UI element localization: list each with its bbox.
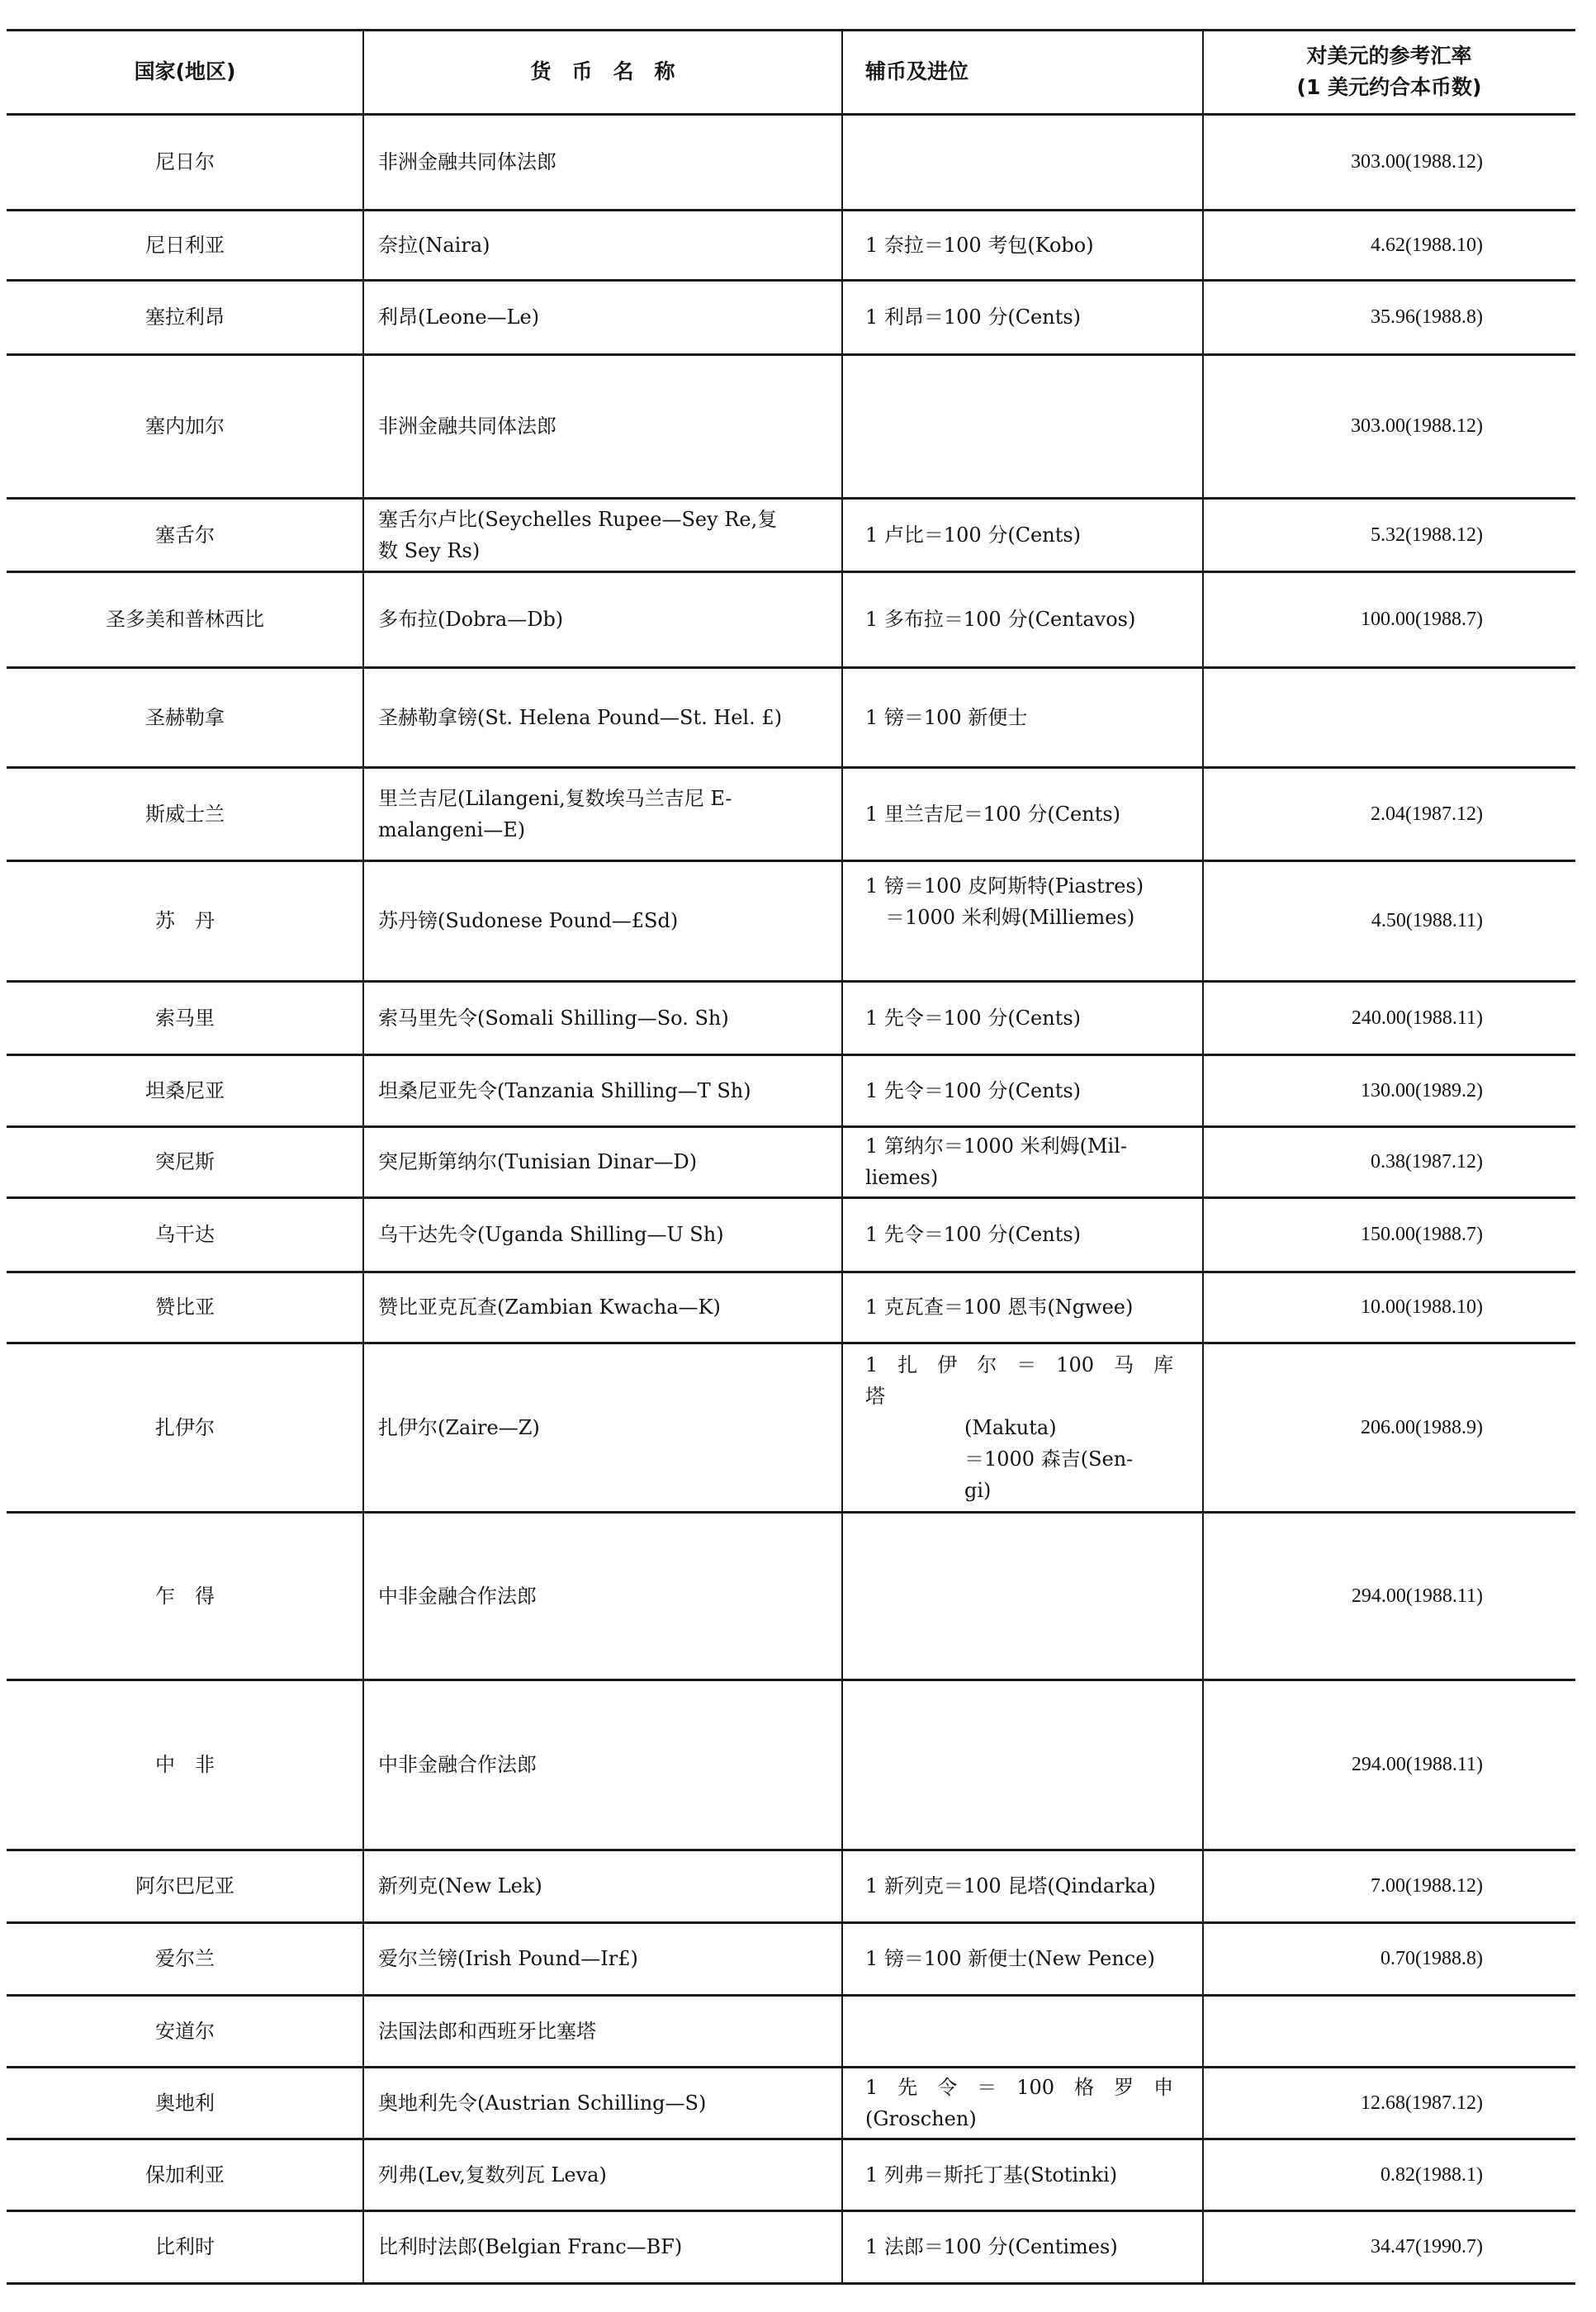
subdivision-cell: 1 镑＝100 新便士(New Pence) [842,1922,1203,1995]
country-cell: 奥地利 [7,2067,363,2139]
subdivision-cell-text: 1 奈拉＝100 考包(Kobo) [865,230,1094,261]
exchange-rate-cell-text: 0.38(1987.12) [1371,1146,1483,1177]
exchange-rate-cell: 294.00(1988.11) [1203,1512,1575,1680]
currency-name-cell: 奈拉(Naira) [363,210,842,280]
subdivision-cell: 1 里兰吉尼＝100 分(Cents) [842,767,1203,860]
subdivision-cell [842,1680,1203,1850]
currency-name-cell-text: 索马里先令(Somali Shilling—So. Sh) [378,1002,729,1034]
currency-name-cell: 比利时法郎(Belgian Franc—BF) [363,2210,842,2283]
exchange-rate-cell-text: 100.00(1988.7) [1361,604,1483,635]
country-cell-text: 圣多美和普林西比 [106,604,264,635]
exchange-rate-cell: 150.00(1988.7) [1203,1197,1575,1272]
exchange-rate-cell: 34.47(1990.7) [1203,2210,1575,2283]
header-currency-name-text: 货 币 名 称 [530,56,675,88]
subdivision-cell: 1 列弗＝斯托丁基(Stotinki) [842,2139,1203,2210]
subdivision-cell-text: 1 利昂＝100 分(Cents) [865,301,1081,333]
subdivision-cell: 1 先令＝100 分(Cents) [842,1054,1203,1126]
country-cell: 塞拉利昂 [7,280,363,354]
country-cell: 爱尔兰 [7,1922,363,1995]
country-cell-text: 中 非 [155,1749,215,1780]
subdivision-cell: 1 先令＝100 分(Cents) [842,981,1203,1054]
subdivision-cell-text: 1 先令＝100 分(Cents) [865,1219,1081,1250]
exchange-rate-cell: 10.00(1988.10) [1203,1272,1575,1343]
exchange-rate-cell: 294.00(1988.11) [1203,1680,1575,1850]
subdivision-cell: 1 扎 伊 尔 ＝ 100 马 库 塔 (Makuta) ＝1000 森吉(Se… [842,1343,1203,1512]
exchange-rate-cell [1203,667,1575,767]
subdivision-cell-text: 1 新列克＝100 昆塔(Qindarka) [865,1870,1156,1902]
currency-name-cell: 法国法郎和西班牙比塞塔 [363,1995,842,2067]
subdivision-cell: 1 先 令 ＝ 100 格 罗 申 (Groschen) [842,2067,1203,2139]
currency-name-cell-text: 非洲金融共同体法郎 [378,146,556,178]
country-cell-text: 乍 得 [155,1580,215,1612]
exchange-rate-cell-text: 303.00(1988.12) [1351,146,1483,178]
currency-name-cell-text: 奥地利先令(Austrian Schilling—S) [378,2087,706,2119]
exchange-rate-cell-text: 294.00(1988.11) [1352,1580,1483,1612]
header-country: 国家(地区) [7,30,363,114]
currency-name-cell: 索马里先令(Somali Shilling—So. Sh) [363,981,842,1054]
exchange-rate-cell: 0.38(1987.12) [1203,1126,1575,1197]
exchange-rate-cell: 35.96(1988.8) [1203,280,1575,354]
country-cell-text: 坦桑尼亚 [145,1075,225,1106]
subdivision-cell: 1 利昂＝100 分(Cents) [842,280,1203,354]
exchange-rate-cell-text: 150.00(1988.7) [1361,1219,1483,1250]
exchange-rate-cell: 5.32(1988.12) [1203,498,1575,571]
country-cell: 扎伊尔 [7,1343,363,1512]
country-cell: 塞内加尔 [7,354,363,498]
exchange-rate-cell: 0.70(1988.8) [1203,1922,1575,1995]
country-cell: 圣赫勒拿 [7,667,363,767]
currency-name-cell-text: 乌干达先令(Uganda Shilling—U Sh) [378,1219,724,1250]
country-cell: 保加利亚 [7,2139,363,2210]
exchange-rate-cell: 303.00(1988.12) [1203,114,1575,210]
exchange-rate-cell: 7.00(1988.12) [1203,1850,1575,1922]
currency-name-cell-text: 突尼斯第纳尔(Tunisian Dinar—D) [378,1146,697,1177]
subdivision-cell-text: 1 法郎＝100 分(Centimes) [865,2231,1118,2262]
subdivision-cell-text: 1 第纳尔＝1000 米利姆(Mil- liemes) [865,1130,1127,1193]
currency-name-cell-text: 列弗(Lev,复数列瓦 Leva) [378,2159,607,2191]
country-cell-text: 扎伊尔 [155,1412,215,1443]
currency-name-cell: 扎伊尔(Zaire—Z) [363,1343,842,1512]
currency-name-cell-text: 塞舌尔卢比(Seychelles Rupee—Sey Re,复 数 Sey Rs… [378,504,777,566]
currency-name-cell-text: 比利时法郎(Belgian Franc—BF) [378,2231,682,2262]
subdivision-cell [842,114,1203,210]
subdivision-cell-text: 1 先令＝100 分(Cents) [865,1002,1081,1034]
country-cell-text: 索马里 [155,1002,215,1034]
exchange-rate-cell-text: 10.00(1988.10) [1361,1291,1483,1323]
country-cell-text: 苏 丹 [155,905,215,936]
exchange-rate-cell-text: 240.00(1988.11) [1352,1002,1483,1034]
exchange-rate-cell: 303.00(1988.12) [1203,354,1575,498]
country-cell-text: 圣赫勒拿 [145,702,225,733]
subdivision-cell-text: 1 里兰吉尼＝100 分(Cents) [865,798,1120,830]
header-country-text: 国家(地区) [135,56,236,88]
country-cell-text: 爱尔兰 [155,1943,215,1974]
exchange-rate-cell-text: 12.68(1987.12) [1361,2087,1483,2119]
country-cell: 苏 丹 [7,860,363,981]
subdivision-cell: 1 卢比＝100 分(Cents) [842,498,1203,571]
currency-name-cell-text: 赞比亚克瓦查(Zambian Kwacha—K) [378,1291,721,1323]
country-cell-text: 赞比亚 [155,1291,215,1323]
currency-name-cell: 里兰吉尼(Lilangeni,复数埃马兰吉尼 E- malangeni—E) [363,767,842,860]
currency-name-cell: 奥地利先令(Austrian Schilling—S) [363,2067,842,2139]
country-cell: 比利时 [7,2210,363,2283]
country-cell-text: 塞内加尔 [145,410,225,442]
currency-name-cell-text: 里兰吉尼(Lilangeni,复数埃马兰吉尼 E- malangeni—E) [378,783,732,846]
subdivision-cell-text: 1 镑＝100 新便士 [865,702,1027,733]
country-cell-text: 阿尔巴尼亚 [135,1870,234,1902]
country-cell-text: 尼日利亚 [145,230,225,261]
subdivision-cell-text: 1 卢比＝100 分(Cents) [865,519,1081,551]
exchange-rate-cell: 4.50(1988.11) [1203,860,1575,981]
country-cell-text: 乌干达 [155,1219,215,1250]
subdivision-cell-text: 1 多布拉＝100 分(Centavos) [865,604,1135,635]
country-cell: 阿尔巴尼亚 [7,1850,363,1922]
subdivision-cell: 1 法郎＝100 分(Centimes) [842,2210,1203,2283]
currency-name-cell: 非洲金融共同体法郎 [363,354,842,498]
currency-table-page: 国家(地区)货 币 名 称辅币及进位对美元的参考汇率 (1 美元约合本币数)尼日… [0,0,1596,2312]
exchange-rate-cell-text: 34.47(1990.7) [1371,2231,1483,2262]
currency-name-cell: 圣赫勒拿镑(St. Helena Pound—St. Hel. £) [363,667,842,767]
exchange-rate-cell-text: 4.62(1988.10) [1371,230,1483,261]
country-cell-text: 塞舌尔 [155,519,215,551]
currency-name-cell-text: 法国法郎和西班牙比塞塔 [378,2016,596,2047]
country-cell-text: 塞拉利昂 [145,301,225,333]
currency-name-cell: 利昂(Leone—Le) [363,280,842,354]
subdivision-cell-text: 1 镑＝100 新便士(New Pence) [865,1943,1155,1974]
currency-name-cell: 多布拉(Dobra—Db) [363,571,842,667]
country-cell-text: 奥地利 [155,2087,215,2119]
exchange-rate-cell [1203,1995,1575,2067]
country-cell-text: 尼日尔 [155,146,215,178]
currency-name-cell-text: 坦桑尼亚先令(Tanzania Shilling—T Sh) [378,1075,751,1106]
country-cell: 索马里 [7,981,363,1054]
exchange-rate-cell: 240.00(1988.11) [1203,981,1575,1054]
currency-name-cell-text: 新列克(New Lek) [378,1870,542,1902]
currency-name-cell: 中非金融合作法郎 [363,1512,842,1680]
exchange-rate-cell-text: 206.00(1988.9) [1361,1412,1483,1443]
country-cell: 圣多美和普林西比 [7,571,363,667]
country-cell-text: 比利时 [155,2231,215,2262]
country-cell: 坦桑尼亚 [7,1054,363,1126]
exchange-rate-cell-text: 303.00(1988.12) [1351,410,1483,442]
country-cell-text: 保加利亚 [145,2159,225,2191]
exchange-rate-cell-text: 35.96(1988.8) [1371,301,1483,333]
country-cell: 乌干达 [7,1197,363,1272]
subdivision-cell: 1 先令＝100 分(Cents) [842,1197,1203,1272]
exchange-rate-cell: 4.62(1988.10) [1203,210,1575,280]
currency-name-cell: 爱尔兰镑(Irish Pound—Ir£) [363,1922,842,1995]
country-cell: 尼日尔 [7,114,363,210]
currency-name-cell-text: 爱尔兰镑(Irish Pound—Ir£) [378,1943,638,1974]
currency-name-cell-text: 非洲金融共同体法郎 [378,410,556,442]
subdivision-cell [842,1512,1203,1680]
currency-name-cell: 中非金融合作法郎 [363,1680,842,1850]
currency-name-cell: 塞舌尔卢比(Seychelles Rupee—Sey Re,复 数 Sey Rs… [363,498,842,571]
currency-name-cell: 坦桑尼亚先令(Tanzania Shilling—T Sh) [363,1054,842,1126]
subdivision-cell: 1 第纳尔＝1000 米利姆(Mil- liemes) [842,1126,1203,1197]
country-cell: 尼日利亚 [7,210,363,280]
subdivision-cell-text: 1 镑＝100 皮阿斯特(Piastres) ＝1000 米利姆(Milliem… [865,870,1144,933]
subdivision-cell [842,1995,1203,2067]
subdivision-cell-text: 1 扎 伊 尔 ＝ 100 马 库 塔 (Makuta) ＝1000 森吉(Se… [865,1349,1182,1506]
exchange-rate-cell-text: 5.32(1988.12) [1371,519,1483,551]
exchange-rate-cell-text: 0.82(1988.1) [1381,2159,1483,2191]
exchange-rate-cell: 130.00(1989.2) [1203,1054,1575,1126]
exchange-rate-cell-text: 7.00(1988.12) [1371,1870,1483,1902]
exchange-rate-cell: 0.82(1988.1) [1203,2139,1575,2210]
subdivision-cell: 1 克瓦查＝100 恩韦(Ngwee) [842,1272,1203,1343]
currency-name-cell-text: 中非金融合作法郎 [378,1749,537,1780]
currency-name-cell: 列弗(Lev,复数列瓦 Leva) [363,2139,842,2210]
subdivision-cell-text: 1 克瓦查＝100 恩韦(Ngwee) [865,1291,1133,1323]
currency-name-cell: 苏丹镑(Sudonese Pound—£Sd) [363,860,842,981]
exchange-rate-cell-text: 294.00(1988.11) [1352,1749,1483,1780]
header-subdivision-text: 辅币及进位 [865,56,968,88]
exchange-rate-cell: 2.04(1987.12) [1203,767,1575,860]
exchange-rate-cell-text: 0.70(1988.8) [1381,1943,1483,1974]
header-exchange-rate: 对美元的参考汇率 (1 美元约合本币数) [1203,30,1575,114]
header-exchange-rate-text: 对美元的参考汇率 (1 美元约合本币数) [1297,40,1482,103]
subdivision-cell: 1 镑＝100 皮阿斯特(Piastres) ＝1000 米利姆(Milliem… [842,860,1203,981]
currency-name-cell-text: 利昂(Leone—Le) [378,301,539,333]
country-cell: 乍 得 [7,1512,363,1680]
subdivision-cell: 1 奈拉＝100 考包(Kobo) [842,210,1203,280]
subdivision-cell [842,354,1203,498]
exchange-rate-cell: 12.68(1987.12) [1203,2067,1575,2139]
header-subdivision: 辅币及进位 [842,30,1203,114]
country-cell: 赞比亚 [7,1272,363,1343]
country-cell: 安道尔 [7,1995,363,2067]
country-cell-text: 突尼斯 [155,1146,215,1177]
subdivision-cell-text: 1 先 令 ＝ 100 格 罗 申 (Groschen) [865,2072,1173,2134]
country-cell: 突尼斯 [7,1126,363,1197]
exchange-rate-cell-text: 130.00(1989.2) [1361,1075,1483,1106]
header-currency-name: 货 币 名 称 [363,30,842,114]
subdivision-cell: 1 多布拉＝100 分(Centavos) [842,571,1203,667]
currency-name-cell: 新列克(New Lek) [363,1850,842,1922]
subdivision-cell-text: 1 先令＝100 分(Cents) [865,1075,1081,1106]
country-cell: 塞舌尔 [7,498,363,571]
currency-name-cell-text: 多布拉(Dobra—Db) [378,604,563,635]
currency-name-cell-text: 中非金融合作法郎 [378,1580,537,1612]
currency-name-cell: 赞比亚克瓦查(Zambian Kwacha—K) [363,1272,842,1343]
currency-name-cell-text: 圣赫勒拿镑(St. Helena Pound—St. Hel. £) [378,702,782,733]
currency-name-cell-text: 扎伊尔(Zaire—Z) [378,1412,540,1443]
country-cell: 中 非 [7,1680,363,1850]
exchange-rate-cell-text: 4.50(1988.11) [1371,905,1483,936]
currency-name-cell-text: 苏丹镑(Sudonese Pound—£Sd) [378,905,678,936]
currency-name-cell: 乌干达先令(Uganda Shilling—U Sh) [363,1197,842,1272]
currency-name-cell: 非洲金融共同体法郎 [363,114,842,210]
country-cell-text: 安道尔 [155,2016,215,2047]
currency-name-cell: 突尼斯第纳尔(Tunisian Dinar—D) [363,1126,842,1197]
subdivision-cell: 1 新列克＝100 昆塔(Qindarka) [842,1850,1203,1922]
exchange-rate-cell: 100.00(1988.7) [1203,571,1575,667]
subdivision-cell: 1 镑＝100 新便士 [842,667,1203,767]
country-cell: 斯威士兰 [7,767,363,860]
exchange-rate-cell-text: 2.04(1987.12) [1371,798,1483,830]
exchange-rate-cell: 206.00(1988.9) [1203,1343,1575,1512]
currency-name-cell-text: 奈拉(Naira) [378,230,490,261]
subdivision-cell-text: 1 列弗＝斯托丁基(Stotinki) [865,2159,1117,2191]
country-cell-text: 斯威士兰 [145,798,225,830]
